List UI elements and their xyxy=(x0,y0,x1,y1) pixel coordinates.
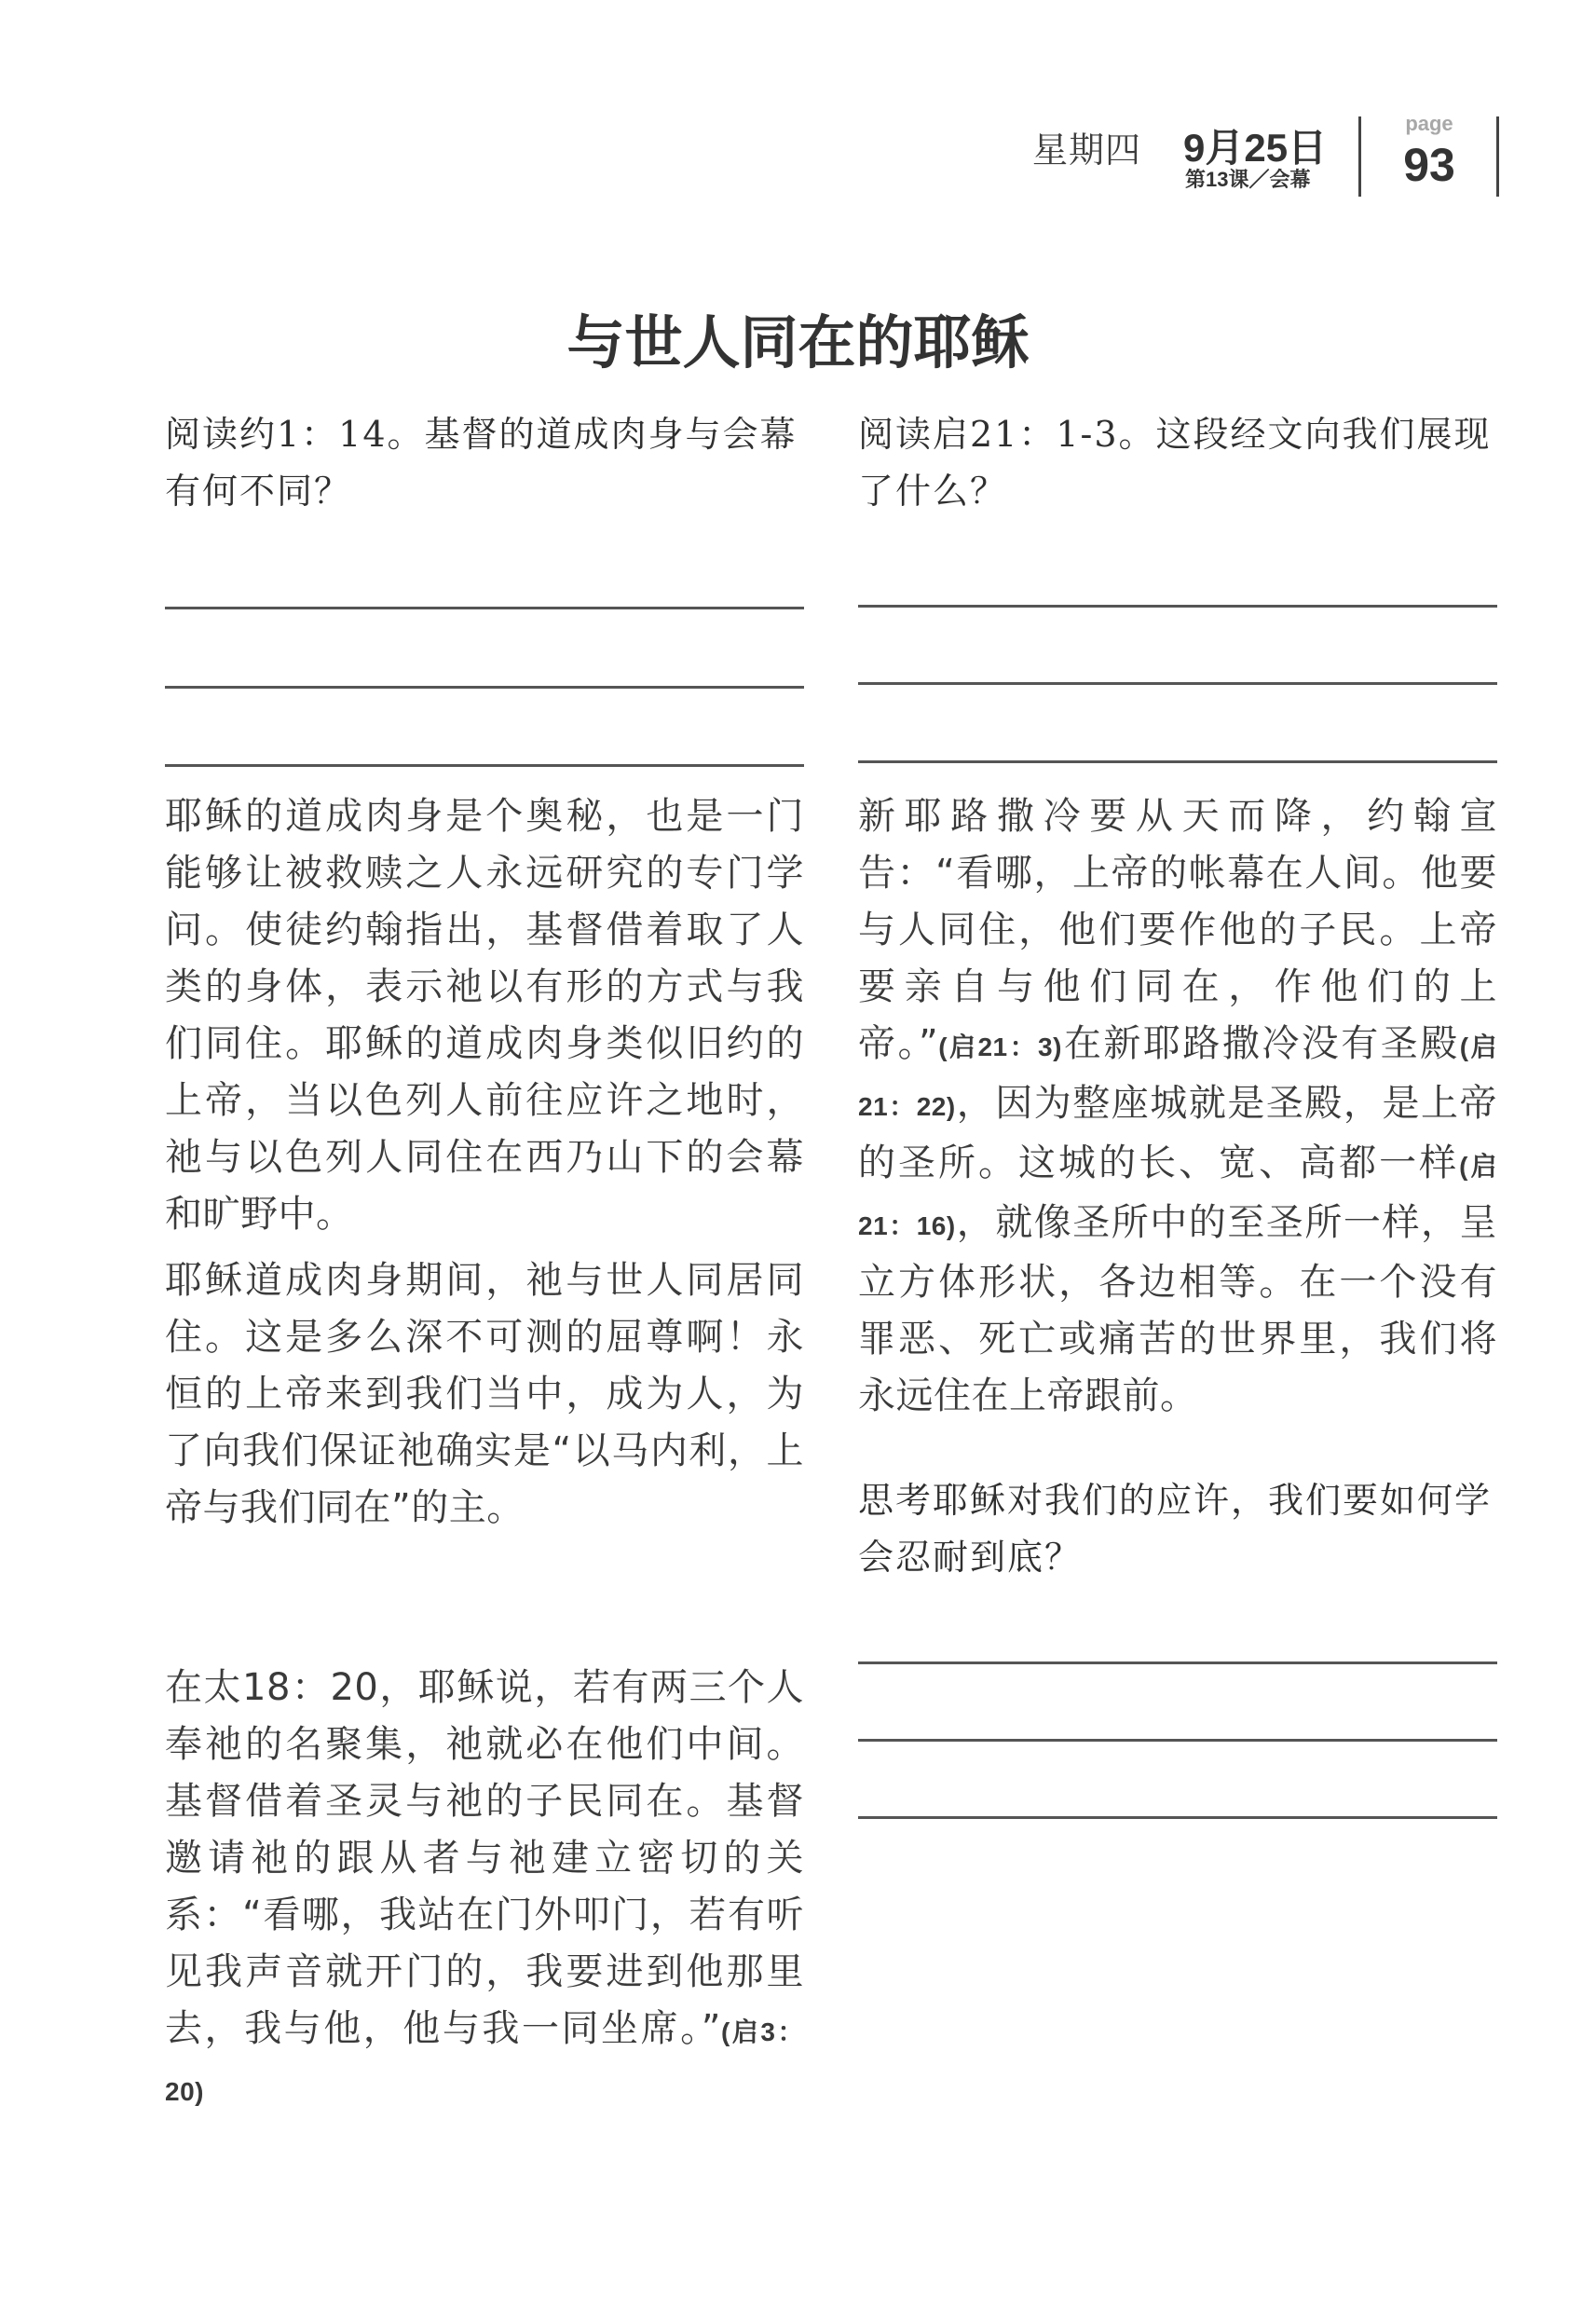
header-divider-right xyxy=(1496,116,1499,197)
reflection-question-block: 思考耶稣对我们的应许，我们要如何学会忍耐到底？ xyxy=(858,1472,1497,1586)
left-answer-line-1[interactable] xyxy=(165,607,804,609)
reflection-answer-line-2[interactable] xyxy=(858,1739,1497,1742)
page-number: 93 xyxy=(1359,138,1499,192)
left-answer-line-2[interactable] xyxy=(165,686,804,689)
left-body-3: 在太18：20，耶稣说，若有两三个人奉祂的名聚集，祂就必在他们中间。基督借着圣灵… xyxy=(165,1660,804,2120)
right-question-block: 阅读启21：1-3。这段经文向我们展现了什么？ xyxy=(858,406,1497,520)
left-question-block: 阅读约1：14。基督的道成肉身与会幕有何不同？ xyxy=(165,406,804,520)
weekday: 星期四 xyxy=(1032,121,1141,172)
left-paragraph-3: 在太18：20，耶稣说，若有两三个人奉祂的名聚集，祂就必在他们中间。基督借着圣灵… xyxy=(165,1660,804,2120)
lesson-label: 第13课／会幕 xyxy=(1185,164,1310,193)
left-paragraph-2: 耶稣道成肉身期间，祂与世人同居同住。这是多么深不可测的屈尊啊！永恒的上帝来到我们… xyxy=(165,1252,804,1537)
left-paragraph-1: 耶稣的道成肉身是个奥秘，也是一门能够让被救赎之人永远研究的专门学问。使徒约翰指出… xyxy=(165,788,804,1243)
left-question: 阅读约1：14。基督的道成肉身与会幕有何不同？ xyxy=(165,406,804,520)
right-question: 阅读启21：1-3。这段经文向我们展现了什么？ xyxy=(858,406,1497,520)
page-title: 与世人同在的耶稣 xyxy=(0,296,1596,379)
left-answer-line-3[interactable] xyxy=(165,764,804,767)
reflection-answer-line-1[interactable] xyxy=(858,1661,1497,1664)
right-answer-line-2[interactable] xyxy=(858,682,1497,685)
reflection-answer-line-3[interactable] xyxy=(858,1816,1497,1819)
right-paragraph: 新耶路撒冷要从天而降，约翰宣告：“看哪，上帝的帐幕在人间。他要与人同住，他们要作… xyxy=(858,788,1497,1425)
scripture-ref-rev-21-3: (启21：3) xyxy=(938,1032,1062,1061)
left-body-2: 耶稣道成肉身期间，祂与世人同居同住。这是多么深不可测的屈尊啊！永恒的上帝来到我们… xyxy=(165,1252,804,1537)
left-body: 耶稣的道成肉身是个奥秘，也是一门能够让被救赎之人永远研究的专门学问。使徒约翰指出… xyxy=(165,788,804,1243)
right-answer-line-1[interactable] xyxy=(858,605,1497,608)
left-paragraph-3-text: 在太18：20，耶稣说，若有两三个人奉祂的名聚集，祂就必在他们中间。基督借着圣灵… xyxy=(165,1666,804,2050)
page-label: page xyxy=(1359,112,1499,136)
right-paragraph-part-2: 在新耶路撒冷没有圣殿 xyxy=(1062,1022,1460,1065)
right-body: 新耶路撒冷要从天而降，约翰宣告：“看哪，上帝的帐幕在人间。他要与人同住，他们要作… xyxy=(858,788,1497,1425)
reflection-question: 思考耶稣对我们的应许，我们要如何学会忍耐到底？ xyxy=(858,1472,1497,1586)
right-answer-line-3[interactable] xyxy=(858,760,1497,763)
